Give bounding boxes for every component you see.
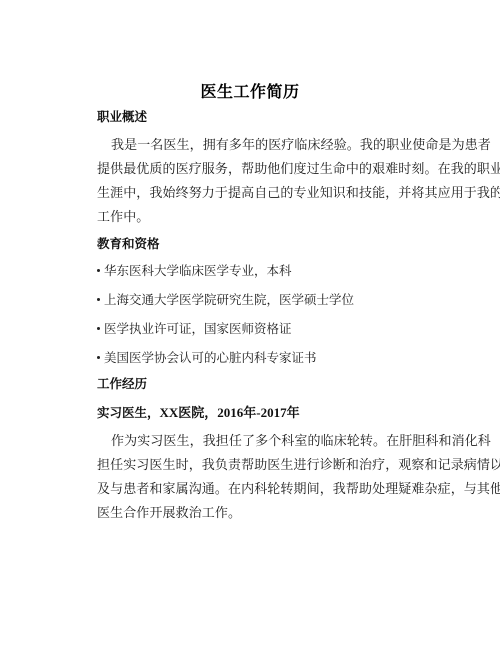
hospital-name: XX医院， (160, 405, 218, 420)
section-heading-career-overview: 职业概述 (97, 109, 147, 125)
paragraph-line: 及与患者和家属沟通。在内科轮转期间，我帮助处理疑难杂症，与其他 (97, 478, 423, 502)
bullet-icon (97, 269, 100, 272)
job-title: 实习医生， (97, 405, 160, 420)
bullet-icon (97, 327, 100, 330)
paragraph-line: 作为实习医生，我担任了多个科室的临床轮转。在肝胆科和消化科 (97, 430, 423, 454)
work-experience-paragraph: 作为实习医生，我担任了多个科室的临床轮转。在肝胆科和消化科 担任实习医生时，我负… (97, 430, 423, 526)
education-item-text: 美国医学协会认可的心脏内科专家证书 (104, 350, 317, 365)
list-item: 医学执业许可证，国家医师资格证 (97, 321, 427, 350)
list-item: 华东医科大学临床医学专业，本科 (97, 263, 427, 292)
job-title-line: 实习医生，XX医院，2016年-2017年 (97, 405, 300, 421)
education-item-text: 医学执业许可证，国家医师资格证 (104, 321, 292, 336)
paragraph-line: 担任实习医生时，我负责帮助医生进行诊断和治疗，观察和记录病情以 (97, 454, 423, 478)
paragraph-line: 提供最优质的医疗服务，帮助他们度过生命中的艰难时刻。在我的职业 (97, 158, 423, 182)
list-item: 上海交通大学医学院研究生院，医学硕士学位 (97, 292, 427, 321)
education-item-text: 华东医科大学临床医学专业，本科 (104, 263, 292, 278)
paragraph-line: 生涯中，我始终努力于提高自己的专业知识和技能，并将其应用于我的 (97, 182, 423, 206)
bullet-icon (97, 298, 100, 301)
paragraph-line: 医生合作开展救治工作。 (97, 502, 423, 526)
paragraph-line: 我是一名医生，拥有多年的医疗临床经验。我的职业使命是为患者 (97, 134, 423, 158)
section-heading-education: 教育和资格 (97, 236, 160, 252)
job-period: 2016年-2017年 (217, 405, 299, 420)
page-title: 医生工作简历 (0, 82, 500, 102)
education-list: 华东医科大学临床医学专业，本科 上海交通大学医学院研究生院，医学硕士学位 医学执… (97, 263, 427, 379)
education-item-text: 上海交通大学医学院研究生院，医学硕士学位 (104, 292, 354, 307)
career-overview-paragraph: 我是一名医生，拥有多年的医疗临床经验。我的职业使命是为患者 提供最优质的医疗服务… (97, 134, 423, 230)
bullet-icon (97, 356, 100, 359)
list-item: 美国医学协会认可的心脏内科专家证书 (97, 350, 427, 379)
section-heading-work-experience: 工作经历 (97, 376, 147, 392)
resume-page: 医生工作简历 职业概述 我是一名医生，拥有多年的医疗临床经验。我的职业使命是为患… (0, 0, 500, 647)
paragraph-line: 工作中。 (97, 206, 423, 230)
